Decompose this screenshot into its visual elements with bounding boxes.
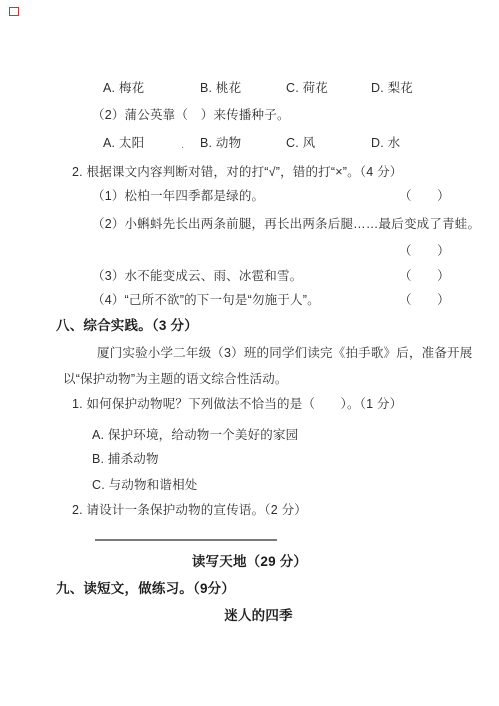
true-false-stem: 2. 根据课文内容判断对错，对的打“√”，错的打“×”。（4 分） xyxy=(72,165,402,180)
option-a-meihua: A. 梅花 xyxy=(103,81,144,96)
tf-item-3: （3）水不能变成云、雨、冰雹和雪。 xyxy=(92,269,302,284)
section-8-q1-stem: 1. 如何保护动物呢？下列做法不恰当的是（ ）。（1 分） xyxy=(72,397,402,412)
answer-blank-4: （ ） xyxy=(399,293,450,308)
option-b-dongwu: B. 动物 xyxy=(200,136,241,151)
section-9-heading: 九、读短文，做练习。（9分） xyxy=(56,581,235,596)
answer-write-line xyxy=(95,539,277,541)
answer-blank-2: （ ） xyxy=(399,244,450,259)
part-header-reading-writing: 读写天地（29 分） xyxy=(0,554,499,569)
section-8-q2-stem: 2. 请设计一条保护动物的宣传语。（2 分） xyxy=(72,503,307,518)
option-d-shui: D. 水 xyxy=(371,136,400,151)
tf-item-1: （1）松柏一年四季都是绿的。 xyxy=(92,189,264,204)
exam-paper-page: A. 梅花 B. 桃花 C. 荷花 D. 梨花 （2）蒲公英靠（ ）来传播种子。… xyxy=(0,0,499,706)
answer-blank-1: （ ） xyxy=(399,189,450,204)
section-8-intro-line-2: 以“保护动物”为主题的语文综合性活动。 xyxy=(63,372,288,387)
section-8-q1-option-c: C. 与动物和谐相处 xyxy=(92,478,197,493)
option-b-taohua: B. 桃花 xyxy=(200,81,241,96)
question-dandelion: （2）蒲公英靠（ ）来传播种子。 xyxy=(92,108,290,123)
stray-dot-mark: . xyxy=(181,138,184,153)
option-a-taiyang: A. 太阳 xyxy=(103,136,144,151)
broken-image-icon xyxy=(9,7,19,16)
section-8-heading: 八、综合实践。（3 分） xyxy=(56,318,198,333)
section-8-q1-option-a: A. 保护环境，给动物一个美好的家园 xyxy=(92,428,298,443)
option-d-lihua: D. 梨花 xyxy=(371,81,413,96)
tf-item-4: （4）“己所不欲”的下一句是“勿施于人”。 xyxy=(92,293,320,308)
option-c-feng: C. 风 xyxy=(286,136,315,151)
option-c-hehua: C. 荷花 xyxy=(286,81,328,96)
section-8-q1-option-b: B. 捕杀动物 xyxy=(92,452,159,467)
section-8-intro-line-1: 厦门实验小学二年级（3）班的同学们读完《拍手歌》后，准备开展 xyxy=(97,346,472,361)
tf-item-2: （2）小蝌蚪先长出两条前腿，再长出两条后腿……最后变成了青蛙。 xyxy=(92,217,480,232)
answer-blank-3: （ ） xyxy=(399,269,450,284)
passage-title: 迷人的四季 xyxy=(18,608,499,623)
